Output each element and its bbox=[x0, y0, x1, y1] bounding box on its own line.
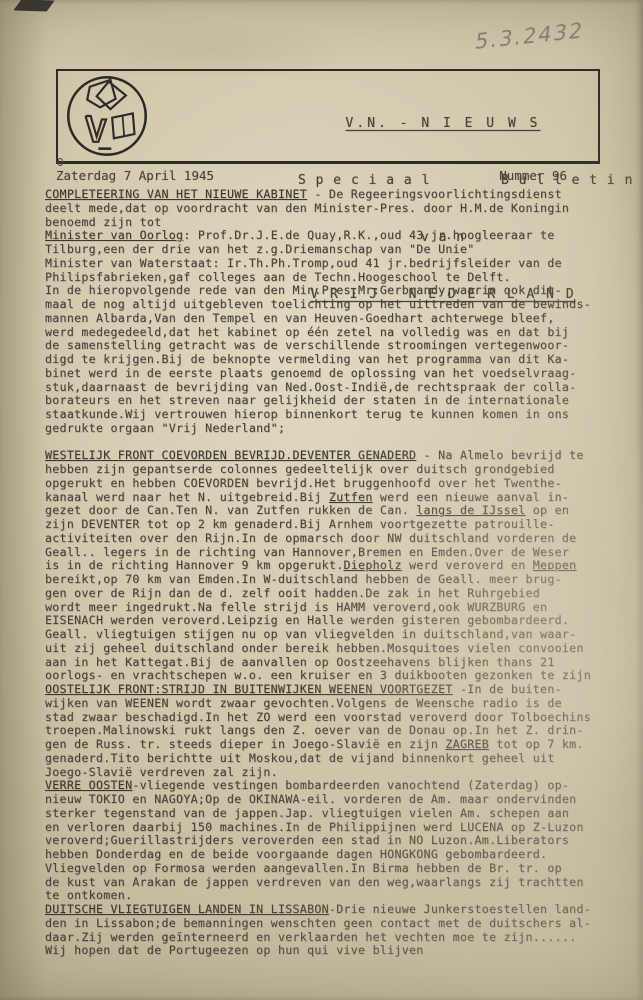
text-line: wijken van WEENEN wordt zwaar gevochten.… bbox=[45, 697, 617, 711]
vn-logo-icon bbox=[64, 73, 150, 159]
text-line: uit zij geheel duitschland onder bereik … bbox=[45, 642, 617, 656]
text-line: troepen.Malinowski rukt langs den Z. oev… bbox=[45, 724, 617, 738]
text-line: Minister van Oorlog: Prof.Dr.J.E.de Quay… bbox=[45, 229, 617, 243]
text-line: Philipsfabrieken,gaf colleges aan de Tec… bbox=[45, 271, 617, 285]
text-line: daar.Zij werden geïnterneerd en verklaar… bbox=[45, 931, 617, 945]
text-line: In de hieropvolgende rede van den Min.Pr… bbox=[45, 284, 617, 298]
text-line: stuk,daarnaast de bevrijding van Ned.Oos… bbox=[45, 381, 617, 395]
news-section: WESTELIJK FRONT COEVORDEN BEVRIJD.DEVENT… bbox=[45, 449, 617, 683]
text-line: genaderd.Tito berichtte uit Moskou,dat d… bbox=[45, 752, 617, 766]
text-line: en verloren daarbij 150 machines.In de P… bbox=[45, 821, 617, 835]
news-section: DUITSCHE VLIEGTUIGEN LANDEN IN LISSABON-… bbox=[45, 903, 617, 958]
text-line: de samenstelling getracht was de verschi… bbox=[45, 339, 617, 353]
text-line: DUITSCHE VLIEGTUIGEN LANDEN IN LISSABON-… bbox=[45, 903, 617, 917]
text-line: WESTELIJK FRONT COEVORDEN BEVRIJD.DEVENT… bbox=[45, 449, 617, 463]
text-line: binet werd in de eerste plaats genoemd d… bbox=[45, 367, 617, 381]
paper-stain bbox=[0, 0, 46, 1000]
masthead-box: V.N. - N I E U W S S p e c i a a l B u l… bbox=[56, 69, 600, 164]
text-line: benoemd zijn tot bbox=[45, 216, 617, 230]
text-line: zijn DEVENTER tot op 2 km genaderd.Bij A… bbox=[45, 518, 617, 532]
text-line: bereikt,op 70 km van Emden.In W-duitschl… bbox=[45, 573, 617, 587]
text-line: Geall. vliegtuigen stijgen nu op van vli… bbox=[45, 628, 617, 642]
text-line: hebben Donderdag en de beide voorgaande … bbox=[45, 848, 617, 862]
text-line: wordt meer ingedrukt.Na felle strijd is … bbox=[45, 601, 617, 615]
text-line: de kust van Arakan de jappen verdreven v… bbox=[45, 876, 617, 890]
text-line: mannen Albarda,Van den Tempel en van Heu… bbox=[45, 312, 617, 326]
text-line: activiteiten over den Rijn.In de opmarsc… bbox=[45, 532, 617, 546]
news-section: OOSTELIJK FRONT:STRIJD IN BUITENWIJKEN W… bbox=[45, 683, 617, 779]
text-line: OOSTELIJK FRONT:STRIJD IN BUITENWIJKEN W… bbox=[45, 683, 617, 697]
text-line: werd medegedeeld,dat het kabinet op één … bbox=[45, 326, 617, 340]
text-line: sterker tegenstand van de jappen.Jap. vl… bbox=[45, 807, 617, 821]
text-line: Joego-Slavië verdreven zal zijn. bbox=[45, 766, 617, 780]
text-line: Tilburg,een der drie van het z.g.Drieman… bbox=[45, 243, 617, 257]
text-line: den in Lissabon;de bemanningen wenschten… bbox=[45, 917, 617, 931]
text-line: is in de richting Hannover 9 km opgerukt… bbox=[45, 559, 617, 573]
text-line: kanaal werd naar het N. uitgebreid.Bij Z… bbox=[45, 491, 617, 505]
news-section: VERRE OOSTEN-vliegende vestingen bombard… bbox=[45, 779, 617, 903]
archive-annotation: 5.3.2432 bbox=[474, 18, 586, 54]
text-line: aan in het Kattegat.Bij de aanvallen op … bbox=[45, 656, 617, 670]
text-line: gezet door de Can.Ten N. van Zutfen rukk… bbox=[45, 504, 617, 518]
text-line: gen de Russ. tr. steeds dieper in Joego-… bbox=[45, 738, 617, 752]
text-line: digd te krijgen.Bij de beknopte vermeldi… bbox=[45, 353, 617, 367]
text-line: VERRE OOSTEN-vliegende vestingen bombard… bbox=[45, 779, 617, 793]
bulletin-title: V.N. - N I E U W S bbox=[298, 114, 588, 133]
text-line: borateurs en het streven naar gelijkheid… bbox=[45, 394, 617, 408]
text-line: veroverd;Guerillastrijders veroverden ee… bbox=[45, 834, 617, 848]
text-line: Geall.. legers in de richting van Hannov… bbox=[45, 546, 617, 560]
text-line: nieuw TOKIO en NAGOYA;Op de OKINAWA-eil.… bbox=[45, 793, 617, 807]
text-line: stad zwaar beschadigd.In het ZO werd een… bbox=[45, 711, 617, 725]
text-line: Wij hopen dat de Portugeezen op hun qui … bbox=[45, 944, 617, 958]
text-line: deelt mede,dat op voordracht van den Min… bbox=[45, 202, 617, 216]
text-line: gen over de Rijn dan de d. zelf ooit had… bbox=[45, 587, 617, 601]
document-body: COMPLETEERING VAN HET NIEUWE KABINET - D… bbox=[45, 188, 617, 958]
scanned-bulletin-page: 5.3.2432 V.N. - N I E U W S S p e c i a … bbox=[0, 0, 643, 1000]
dateline: Zaterdag 7 April 1945 Nummer 96 bbox=[56, 168, 567, 183]
text-line: staatkunde.Wij vertrouwen hierop binnenk… bbox=[45, 408, 617, 422]
text-line: Minister van Waterstaat: Ir.Th.Ph.Tromp,… bbox=[45, 257, 617, 271]
text-line: Vliegvelden op Formosa werden aangevalle… bbox=[45, 862, 617, 876]
scan-corner-mark bbox=[13, 0, 54, 12]
text-line: maal de nog altijd uitgebleven toelichti… bbox=[45, 298, 617, 312]
text-line: opgerukt en hebben COEVORDEN bevrijd.Het… bbox=[45, 477, 617, 491]
text-line: te ontkomen. bbox=[45, 889, 617, 903]
issue-date: Zaterdag 7 April 1945 bbox=[56, 168, 214, 183]
issue-number: Nummer 96 bbox=[499, 168, 567, 183]
text-line: oorlogs- en vrachtschepen w.o. een kruis… bbox=[45, 669, 617, 683]
text-line: hebben zijn gepantserde colonnes gedeelt… bbox=[45, 463, 617, 477]
text-line: gedrukte orgaan "Vrij Nederland"; bbox=[45, 422, 617, 436]
text-line: COMPLETEERING VAN HET NIEUWE KABINET - D… bbox=[45, 188, 617, 202]
text-line: EISENACH werden veroverd.Leipzig en Hall… bbox=[45, 614, 617, 628]
news-section: COMPLETEERING VAN HET NIEUWE KABINET - D… bbox=[45, 188, 617, 436]
